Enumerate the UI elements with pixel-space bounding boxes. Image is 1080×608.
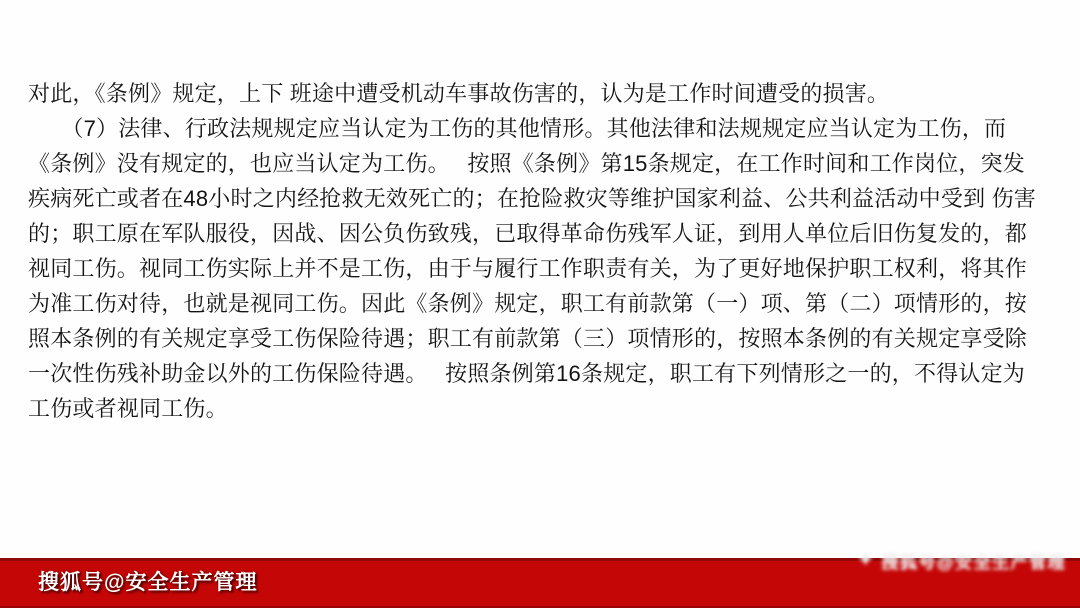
text-line: 《条例》没有规定的，也应当认定为工伤。 按照《条例》第15条规定，在工作时间和工… [28, 146, 1060, 181]
text-line: 照本条例的有关规定享受工伤保险待遇；职工有前款第（三）项情形的，按照本条例的有关… [28, 321, 1060, 356]
text-line: 对此，《条例》规定，上下 班途中遭受机动车事故伤害的，认为是工作时间遭受的损害。 [28, 76, 1060, 111]
slide: 对此，《条例》规定，上下 班途中遭受机动车事故伤害的，认为是工作时间遭受的损害。… [0, 0, 1080, 608]
body-text: 对此，《条例》规定，上下 班途中遭受机动车事故伤害的，认为是工作时间遭受的损害。… [28, 76, 1060, 426]
text-line: 工伤或者视同工伤。 [28, 391, 1060, 426]
text-line: 的；职工原在军队服役，因战、因公负伤致残，已取得革命伤残军人证，到用人单位后旧伤… [28, 216, 1060, 251]
text-line: 视同工伤。视同工伤实际上并不是工伤，由于与履行工作职责有关，为了更好地保护职工权… [28, 251, 1060, 286]
text-line: 为准工伤对待，也就是视同工伤。因此《条例》规定，职工有前款第（一）项、第（二）项… [28, 286, 1060, 321]
footer-account-label: 搜狐号@安全生产管理 [0, 561, 257, 605]
footer-bar: 搜狐号@安全生产管理 [0, 558, 1080, 608]
text-line: 一次性伤残补助金以外的工伤保险待遇。 按照条例第16条规定，职工有下列情形之一的… [28, 356, 1060, 391]
text-line: 疾病死亡或者在48小时之内经抢救无效死亡的；在抢险救灾等维护国家利益、公共利益活… [28, 181, 1060, 216]
text-line: （7）法律、行政法规规定应当认定为工伤的其他情形。其他法律和法规规定应当认定为工… [28, 111, 1060, 146]
